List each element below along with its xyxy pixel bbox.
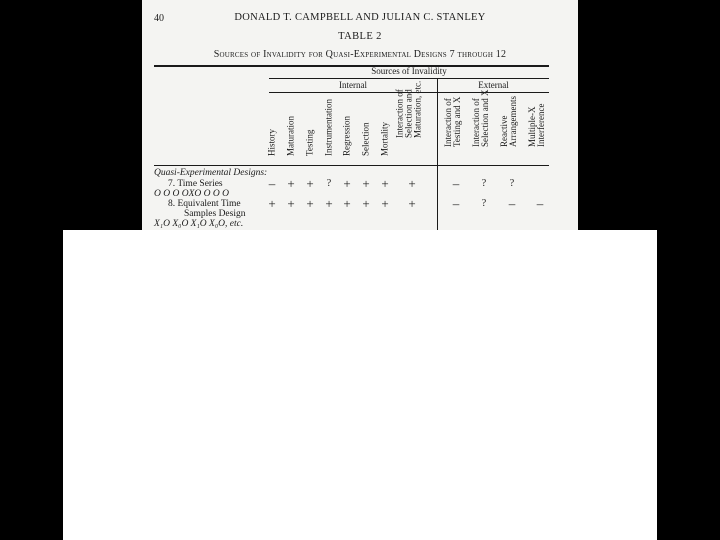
group-rule (269, 78, 549, 79)
cell: – (264, 178, 280, 190)
cell: + (302, 198, 318, 210)
running-head: DONALD T. CAMPBELL AND JULIAN C. STANLEY (142, 12, 578, 23)
cell: + (358, 178, 374, 190)
row-8-notation: X₁O X₀O X₁O X₀O, etc. (154, 219, 243, 230)
group-header: Sources of Invalidity (269, 66, 549, 76)
col-history: History (263, 95, 281, 165)
cell: + (339, 178, 355, 190)
col-maturation: Maturation (282, 95, 300, 165)
cell: – (448, 178, 464, 190)
table-label: TABLE 2 (142, 31, 578, 42)
col-mortality: Mortality (376, 95, 394, 165)
cell: ? (504, 178, 520, 190)
cell: + (404, 178, 420, 190)
cell: + (283, 178, 299, 190)
cell: ? (476, 178, 492, 190)
col-testing-x: Interaction of Testing and X (442, 95, 464, 165)
cell: + (358, 198, 374, 210)
external-header: External (438, 80, 549, 90)
col-multiple-x: Multiple-X Interference (526, 95, 548, 165)
col-reactive: Reactive Arrangements (498, 95, 520, 165)
cell: ? (321, 178, 337, 190)
cell: + (321, 198, 337, 210)
cell: ? (476, 198, 492, 210)
cell: + (302, 178, 318, 190)
col-selection: Selection (357, 95, 375, 165)
col-regression: Regression (338, 95, 356, 165)
white-overlay-box (63, 230, 657, 540)
section-label: Quasi-Experimental Designs: (154, 168, 267, 179)
header-bottom-rule (154, 165, 549, 166)
col-testing: Testing (301, 95, 319, 165)
col-instrumentation: Instrumentation (320, 95, 338, 165)
cell: + (377, 198, 393, 210)
cell: – (532, 198, 548, 210)
col-selection-maturation: Interaction of Selection and Maturation,… (394, 95, 424, 165)
cell: + (404, 198, 420, 210)
table-title: Sources of Invalidity for Quasi-Experime… (142, 49, 578, 60)
cell: + (283, 198, 299, 210)
cell: + (339, 198, 355, 210)
cell: – (448, 198, 464, 210)
cell: + (377, 178, 393, 190)
cell: – (504, 198, 520, 210)
col-selection-x: Interaction of Selection and X (470, 95, 492, 165)
column-divider (437, 78, 438, 230)
cell: + (264, 198, 280, 210)
